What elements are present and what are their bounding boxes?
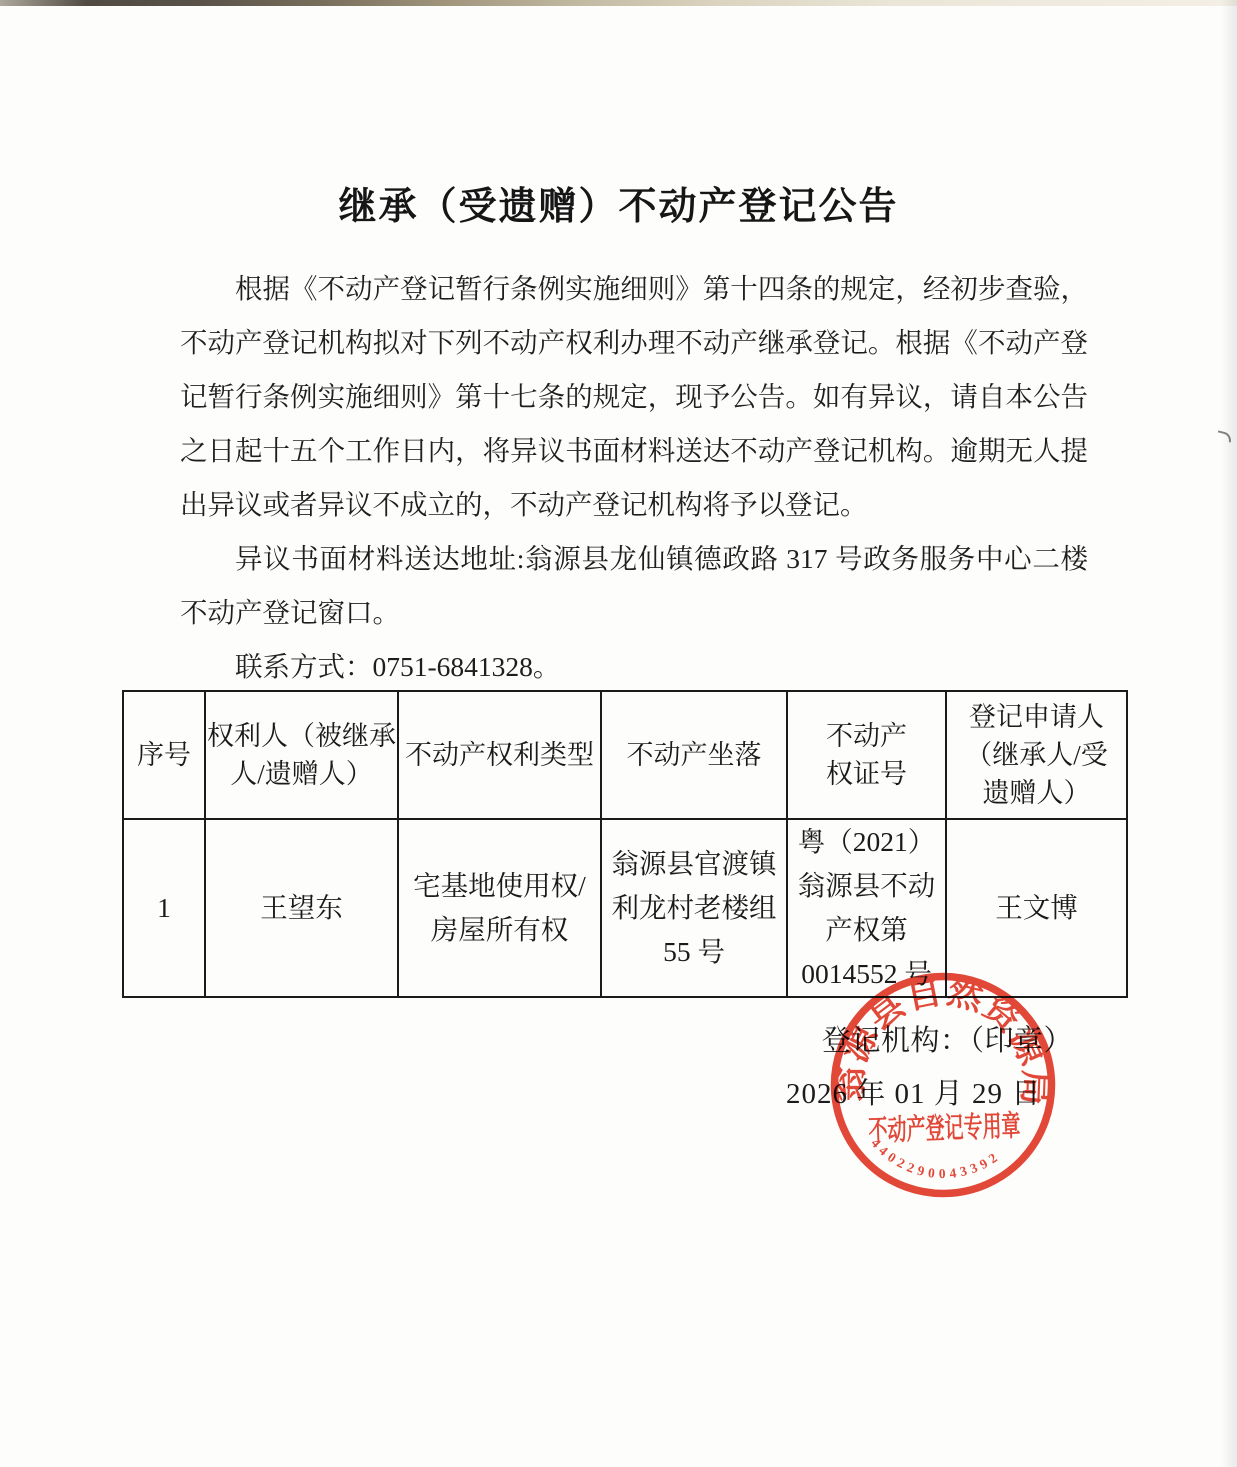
scan-edge-artifact [0, 0, 1237, 6]
header-applicant: 登记申请人 （继承人/受 遗赠人） [946, 691, 1127, 819]
registration-table: 序号 权利人（被继承 人/遗赠人） 不动产权利类型 不动产坐落 不动产 权证号 … [122, 690, 1128, 998]
official-red-seal: 翁源县自然资源局 不动产登记专用章 4402290043392 [822, 964, 1064, 1206]
cell-right-type: 宅基地使用权/ 房屋所有权 [398, 819, 601, 997]
paragraph-objection-address: 异议书面材料送达地址:翁源县龙仙镇德政路 317 号政务服务中心二楼不动产登记窗… [180, 532, 1088, 640]
table-header-row: 序号 权利人（被继承 人/遗赠人） 不动产权利类型 不动产坐落 不动产 权证号 … [123, 691, 1127, 819]
scanned-document-page: 继承（受遗赠）不动产登记公告 根据《不动产登记暂行条例实施细则》第十四条的规定，… [0, 0, 1237, 1467]
header-right-holder: 权利人（被继承 人/遗赠人） [205, 691, 398, 819]
cell-seq-no: 1 [123, 819, 205, 997]
header-cert-no: 不动产 权证号 [787, 691, 946, 819]
seal-arc-text: 翁源县自然资源局 [826, 967, 1057, 1114]
paragraph-contact: 联系方式：0751-6841328。 [180, 640, 1088, 694]
header-seq-no: 序号 [123, 691, 205, 819]
header-property-location: 不动产坐落 [601, 691, 787, 819]
seal-band-text: 不动产登记专用章 [868, 1108, 1021, 1147]
page-title: 继承（受遗赠）不动产登记公告 [0, 175, 1237, 230]
header-right-type: 不动产权利类型 [398, 691, 601, 819]
cell-right-holder: 王望东 [205, 819, 398, 997]
cell-property-location: 翁源县官渡镇 利龙村老楼组 55 号 [601, 819, 787, 997]
paragraph-legal-basis: 根据《不动产登记暂行条例实施细则》第十四条的规定，经初步查验，不动产登记机构拟对… [180, 262, 1088, 532]
announcement-body: 根据《不动产登记暂行条例实施细则》第十四条的规定，经初步查验，不动产登记机构拟对… [180, 262, 1088, 694]
